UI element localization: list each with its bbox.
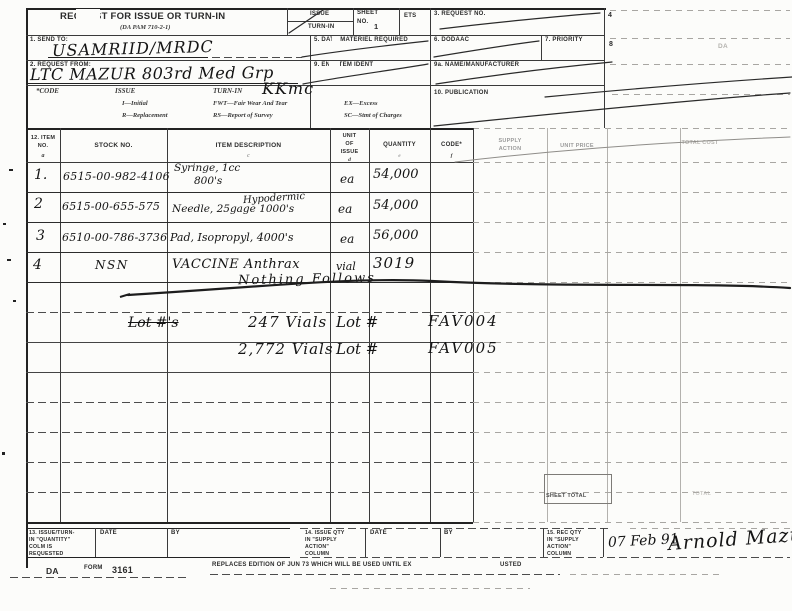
lot-2-number: FAV005 xyxy=(428,339,499,357)
request-no-label: 3. REQUEST NO. xyxy=(434,11,486,17)
item-4-stock: NSN xyxy=(95,258,129,272)
by-label-1: BY xyxy=(171,530,180,536)
code-fwt: FWT—Fair Wear And Tear xyxy=(213,100,287,107)
bottom-divider-4 xyxy=(440,528,441,557)
form-subtitle: (DA PAM 710-2-1) xyxy=(120,24,170,31)
box4-label: 4 xyxy=(608,12,612,19)
item-3-qty: 56,000 xyxy=(373,228,419,243)
table-header-bottom-faint xyxy=(473,162,792,163)
col-header-unit-sub: d xyxy=(330,157,369,163)
item-3-unit: ea xyxy=(340,232,354,246)
col-header-unit-2: OF xyxy=(330,141,369,147)
nothing-follows-note: Nothing Follows xyxy=(238,271,376,288)
col-header-unit-price: UNIT PRICE xyxy=(547,143,607,149)
code-initial: I—Initial xyxy=(122,100,148,107)
bottom-divider-3 xyxy=(365,528,366,557)
date-label-2: DATE xyxy=(370,530,387,536)
box13-label-1: 13. ISSUE/TURN- xyxy=(29,530,75,536)
box13-label-2: IN "QUANTITY" xyxy=(29,537,70,543)
item-1-unit: ea xyxy=(340,172,354,186)
bottom-divider-2 xyxy=(167,528,168,557)
sheetbox-left-line xyxy=(353,8,354,35)
footer-replaces-text: REPLACES EDITION OF JUN 73 WHICH WILL BE… xyxy=(212,562,412,568)
row-line-5f xyxy=(473,312,792,313)
box14-label-4: COLUMN xyxy=(305,551,329,557)
header-row1-line-faint xyxy=(610,38,790,39)
row-line-10f xyxy=(473,462,792,463)
item-3-no: 3 xyxy=(36,228,45,244)
form-border-top xyxy=(26,8,606,10)
lot-1-vials: 247 Vials xyxy=(248,313,327,331)
box14-label-1: 14. ISSUE QTY xyxy=(305,530,345,536)
scan-speck-5 xyxy=(2,452,5,455)
box15-label-3: ACTION" xyxy=(547,544,571,550)
request-from-underline xyxy=(28,83,298,84)
lot-1-number: FAV004 xyxy=(428,312,499,330)
faint-da-fragment: DA xyxy=(718,43,728,50)
request-from-value-handwritten: LTC MAZUR 803rd Med Grp xyxy=(30,63,274,84)
bottom-bottom-line-mid xyxy=(300,557,603,558)
row-line-10 xyxy=(26,462,473,463)
box14-label-3: ACTION" xyxy=(305,544,329,550)
scan-speck-3 xyxy=(7,259,11,261)
col-header-itemno-sub: a xyxy=(26,153,60,159)
date-label-1: DATE xyxy=(100,530,117,536)
row-line-7 xyxy=(26,372,473,373)
issue-option-label: ISSUE xyxy=(310,11,329,17)
code-ex: EX—Excess xyxy=(344,100,378,107)
col-header-stockno: STOCK NO. xyxy=(60,142,167,149)
form-border-left xyxy=(26,8,28,568)
code-issue-label: ISSUE xyxy=(115,87,135,95)
item-3-desc: Pad, Isopropyl, 4000's xyxy=(170,231,293,244)
scan-speck-4 xyxy=(13,300,16,302)
date-materiel-required-label: 5. DATE MATERIEL REQUIRED xyxy=(314,37,408,43)
item-2-desc-2: Needle, 25gage 1000's xyxy=(172,203,294,215)
box8-label: 8 xyxy=(609,41,613,48)
col-header-supply-1: SUPPLY xyxy=(473,138,547,144)
priority-label: 7. PRIORITY xyxy=(545,37,583,43)
col-header-unit-1: UNIT xyxy=(330,133,369,139)
row-line-3 xyxy=(26,252,473,253)
form-border-top-faint xyxy=(610,10,790,11)
row-line-2f xyxy=(473,222,792,223)
table-bottom-line xyxy=(26,522,473,524)
col-header-description: ITEM DESCRIPTION xyxy=(167,142,330,149)
code-turnin-label: TURN-IN xyxy=(213,87,242,95)
publication-label: 10. PUBLICATION xyxy=(434,90,488,96)
col-header-quantity-sub: e xyxy=(369,153,430,159)
turnin-option-label: TURN-IN xyxy=(308,24,334,30)
grand-total-fragment: TOTAL xyxy=(692,491,711,497)
footer-da: DA xyxy=(46,566,59,576)
scan-artifact-field9 xyxy=(329,61,340,70)
row-line-9 xyxy=(26,432,473,433)
row-line-2 xyxy=(26,222,473,223)
row-line-11 xyxy=(26,492,473,493)
box14-label-2: IN "SUPPLY xyxy=(305,537,337,543)
name-manufacturer-label: 9a. NAME/MANUFACTURER xyxy=(434,62,519,68)
scan-artifact-field5 xyxy=(332,36,339,45)
lot-2-label: Lot # xyxy=(336,340,378,358)
col-header-total-cost: TOTAL COST xyxy=(660,140,740,146)
sheet-total-label: SHEET TOTAL xyxy=(546,493,586,499)
bottom-top-line-left xyxy=(26,528,290,529)
scan-artifact-title xyxy=(76,9,100,22)
code-rs: RS—Report of Survey xyxy=(213,112,273,119)
item-1-desc-1: Syringe, 1cc xyxy=(174,162,240,174)
footer-underline-right xyxy=(570,574,720,575)
item-4-qty: 3019 xyxy=(373,254,415,272)
priority-box-left-line xyxy=(541,35,542,60)
row-line-8f xyxy=(473,402,792,403)
row-line-11f xyxy=(473,492,792,493)
row-line-4f xyxy=(473,282,792,283)
sheet-no-value: 1 xyxy=(374,22,378,31)
col-header-code-sub: f xyxy=(430,153,473,159)
sheet-total-box xyxy=(544,474,612,504)
sheetbox-right-line xyxy=(399,8,400,35)
box13-label-3: COLM IS xyxy=(29,544,52,550)
row-line-1 xyxy=(26,192,473,193)
footer-replaces-fragment: USTED xyxy=(500,562,522,568)
table-header-bottom-line xyxy=(26,162,473,163)
item-3-stock: 6510-00-786-3736 xyxy=(62,231,167,244)
footer-underline-mid xyxy=(210,574,560,575)
col-header-quantity: QUANTITY xyxy=(369,142,430,148)
lot-2-vials: 2,772 Vials xyxy=(238,340,334,358)
bottom-divider-1 xyxy=(95,528,96,557)
code-replacement: R—Replacement xyxy=(122,112,168,119)
code-legend-label: *CODE xyxy=(36,87,59,95)
row-line-1f xyxy=(473,192,792,193)
item-2-no: 2 xyxy=(34,196,43,212)
signature-baseline xyxy=(607,557,790,558)
item-4-no: 4 xyxy=(33,257,42,273)
col-header-itemno-2: NO. xyxy=(26,143,60,149)
box15-label-4: COLUMN xyxy=(547,551,571,557)
row-line-7f xyxy=(473,372,792,373)
item-1-no: 1. xyxy=(34,167,47,183)
col-header-code: CODE* xyxy=(430,142,473,148)
end-item-ident-label: 9. END ITEM IDENT xyxy=(314,62,373,68)
lot-numbers-label: Lot #'s xyxy=(128,315,179,331)
table-top-line-faint xyxy=(473,128,792,129)
footer-stray-dashes xyxy=(330,588,530,589)
item-2-unit: ea xyxy=(338,202,352,216)
header-right-line xyxy=(604,8,605,128)
header-col-divider-1 xyxy=(430,8,431,128)
header-row2-line xyxy=(26,60,604,61)
issuebox-mid-line xyxy=(287,21,353,22)
header-row3-line-faint xyxy=(612,94,790,95)
code-sc: SC—Stmt of Charges xyxy=(344,112,402,119)
by-label-2: BY xyxy=(444,530,453,536)
scan-speck-2 xyxy=(3,223,6,225)
footer-form: FORM xyxy=(84,565,103,571)
bottom-divider-5 xyxy=(543,528,544,557)
table-bottom-faint xyxy=(473,522,792,523)
row-line-8 xyxy=(26,402,473,403)
row-line-6f xyxy=(473,342,792,343)
lot-1-label: Lot # xyxy=(336,313,378,331)
scanned-form-da3161: REQUEST FOR ISSUE OR TURN-IN (DA PAM 710… xyxy=(0,0,792,611)
box15-label-1: 15. REC QTY xyxy=(547,530,581,536)
item-1-qty: 54,000 xyxy=(373,167,419,182)
bottom-bottom-line-left xyxy=(26,557,290,558)
header-row1-line xyxy=(26,35,604,36)
row-line-9f xyxy=(473,432,792,433)
item-2-qty: 54,000 xyxy=(373,198,419,213)
no-of-sheets-fragment: ETS xyxy=(404,13,416,19)
item-1-stock: 6515-00-982-4106 xyxy=(63,170,170,183)
col-header-description-sub: c xyxy=(167,153,330,159)
row-line-3f xyxy=(473,252,792,253)
send-to-underline xyxy=(48,57,208,58)
bottom-divider-6 xyxy=(603,528,604,557)
col-header-unit-3: ISSUE xyxy=(330,149,369,155)
box13-label-4: REQUESTED xyxy=(29,551,64,557)
sheet-no-label: NO. xyxy=(357,19,368,25)
item-1-desc-2: 800's xyxy=(194,175,222,187)
send-to-underline-dashes xyxy=(212,57,302,58)
scan-speck-1 xyxy=(9,169,13,171)
item-2-stock: 6515-00-655-575 xyxy=(62,200,160,213)
box15-label-2: IN "SUPPLY xyxy=(547,537,579,543)
table-top-line xyxy=(26,128,473,130)
col-header-supply-2: ACTION xyxy=(473,146,547,152)
turnin-code-handwritten: KKmc xyxy=(262,79,314,98)
dodaac-label: 6. DODAAC xyxy=(434,37,469,43)
footer-underline-left xyxy=(10,577,190,578)
footer-form-number: 3161 xyxy=(112,565,133,575)
header-row3-line xyxy=(26,85,604,86)
item-4-desc: VACCINE Anthrax xyxy=(172,257,300,272)
bottom-top-line-mid xyxy=(300,528,610,529)
col-header-itemno-1: 12. ITEM xyxy=(26,135,60,141)
header-row2-line-faint xyxy=(610,64,790,65)
sheet-label: SHEET xyxy=(357,10,378,16)
